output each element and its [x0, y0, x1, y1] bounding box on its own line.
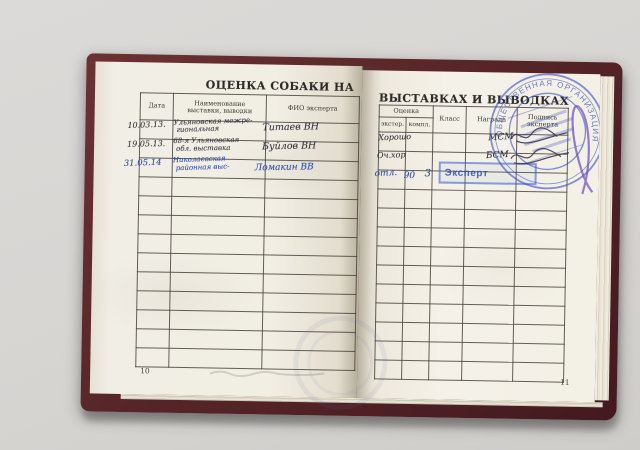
record-booklet: ОЦЕНКА СОБАКИ НА Дата Наименование выста…: [80, 53, 622, 420]
cell-show: [172, 177, 265, 198]
cell-date: [138, 234, 171, 254]
cell-award: [464, 228, 515, 248]
cell-date: [137, 291, 170, 311]
entry-date: 19.05.13.: [127, 139, 165, 149]
entry-expert: Буйлов ВН: [262, 140, 316, 152]
entry-exterior: Оч.хор: [377, 150, 406, 160]
cell-show: [171, 234, 264, 255]
header-complex: компл.: [406, 117, 433, 132]
cell-signature: [514, 286, 565, 306]
cell-complex: [402, 341, 429, 360]
cell-signature: [515, 248, 566, 268]
cell-award: [462, 361, 513, 381]
entry-expert: Ломакин ВВ: [255, 162, 314, 173]
entry-date: 31.05.14: [124, 158, 162, 169]
cell-signature: [513, 343, 564, 363]
cell-complex: [402, 360, 429, 379]
cell-complex: [405, 189, 432, 208]
cell-signature: [513, 324, 564, 344]
cell-exterior: [376, 303, 403, 322]
header-date: Дата: [140, 93, 173, 121]
entry-date: 10.03.13.: [127, 120, 165, 130]
table-row: [375, 360, 564, 382]
entry-show-line2: обл. выставка: [176, 144, 230, 153]
cell-class: [431, 247, 464, 267]
cell-award: [462, 323, 513, 343]
cell-date: [138, 215, 171, 235]
cell-date: [136, 348, 169, 368]
cell-signature: [514, 267, 565, 287]
cell-date: [137, 272, 170, 292]
cell-show: [170, 291, 263, 312]
cell-date: [139, 177, 172, 197]
cell-class: [431, 228, 464, 248]
violet-signature-flourish: [546, 99, 600, 200]
cell-class: [431, 209, 464, 229]
header-class: Класс: [433, 106, 466, 134]
cell-date: [138, 196, 171, 216]
cell-complex: [404, 227, 431, 246]
cell-class: [430, 285, 463, 305]
cell-exterior: [377, 246, 404, 265]
cell-award: [464, 247, 515, 267]
entry-complex-score: 90: [404, 171, 416, 181]
cell-show: [171, 215, 264, 236]
cell-show: [170, 253, 263, 274]
cell-signature: [513, 362, 564, 382]
cell-signature: [514, 305, 565, 325]
page-number-right: 11: [560, 378, 570, 387]
cell-exterior: [376, 265, 403, 284]
cell-show: [169, 310, 262, 331]
cell-class: [433, 133, 466, 153]
cell-award: [463, 304, 514, 324]
cell-complex: [403, 284, 430, 303]
cell-class: [429, 342, 462, 362]
cell-award: [462, 342, 513, 362]
scanner-background: { "book": { "left_page": { "title": "ОЦЕ…: [0, 0, 640, 450]
cell-award: [464, 209, 515, 229]
cell-complex: [403, 265, 430, 284]
cell-complex: [402, 322, 429, 341]
cell-class: [432, 190, 465, 210]
cell-complex: [404, 246, 431, 265]
cell-exterior: [377, 208, 404, 227]
cell-date: [136, 329, 169, 349]
left-page-title: ОЦЕНКА СОБАКИ НА: [140, 77, 354, 94]
cell-complex: [403, 303, 430, 322]
cell-show: [169, 329, 262, 350]
header-show-line2: выставки, выводки: [174, 107, 266, 116]
cell-class: [430, 304, 463, 324]
cell-award: [463, 285, 514, 305]
cell-show: [170, 272, 263, 293]
cell-date: [137, 253, 170, 273]
entry-show-line2: гиональная: [176, 125, 219, 134]
cell-award: [463, 266, 514, 286]
cell-show: [171, 196, 264, 217]
right-page: ВЫСТАВКАХ И ВЫВОДКАХ Оценка Класс Наград…: [357, 70, 601, 402]
cell-class: [429, 361, 462, 381]
entry-exterior: Хорошо: [378, 132, 411, 142]
cell-signature: [515, 210, 566, 230]
cell-exterior: [377, 227, 404, 246]
entry-class: 3: [425, 168, 432, 179]
cell-date: [136, 310, 169, 330]
header-exterior: экстер.: [379, 117, 406, 132]
cell-exterior: [376, 284, 403, 303]
entry-expert: Титаев ВН: [262, 121, 319, 133]
page-number-left: 10: [140, 366, 150, 375]
cell-show: [169, 348, 262, 369]
cell-exterior: [378, 189, 405, 208]
cell-signature: [515, 229, 566, 249]
cell-complex: [404, 208, 431, 227]
cell-class: [430, 266, 463, 286]
cell-class: [429, 323, 462, 343]
header-score-group: Оценка: [379, 105, 433, 118]
